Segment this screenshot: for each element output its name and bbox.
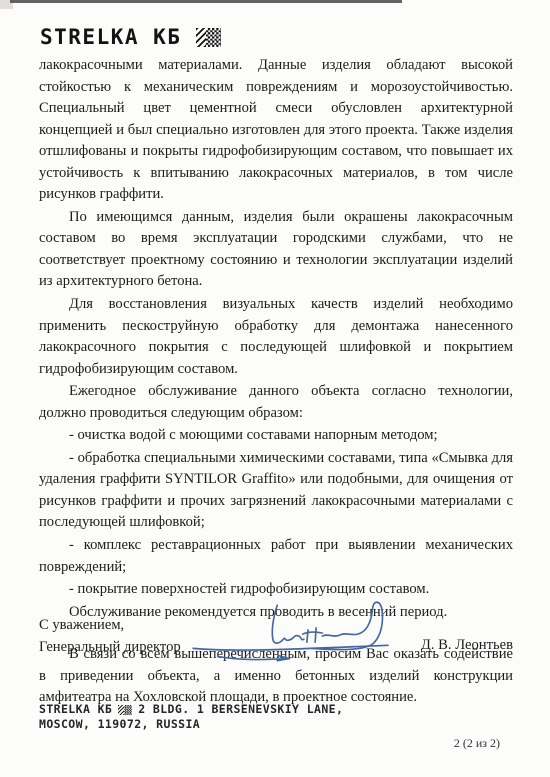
paragraph: По имеющимся данным, изделия были окраше…: [39, 207, 513, 293]
footer-address-line-1: STRELKA КБ 2 BLDG. 1 BERSENEVSKIY LANE,: [39, 702, 343, 717]
letterhead: STRELKA КБ: [40, 25, 221, 49]
logo-checker: [124, 705, 133, 715]
signature: [187, 596, 433, 670]
footer-brand: STRELKA КБ: [39, 702, 112, 717]
signature-scrawl: [187, 596, 433, 670]
signer-name: Д. В. Леонтьев: [421, 634, 513, 656]
footer-address-line-2: MOSCOW, 119072, RUSSIA: [39, 717, 343, 732]
list-item: - обработка специальными химическими сос…: [39, 448, 513, 534]
paragraph: Ежегодное обслуживание данного объекта с…: [39, 381, 513, 424]
page-number: 2 (2 из 2): [454, 736, 500, 751]
footer-street: 2 BLDG. 1 BERSENEVSKIY LANE,: [138, 702, 343, 717]
paragraph: Для восстановления визуальных качеств из…: [39, 294, 513, 380]
scan-artifact-top-bar: [10, 0, 402, 3]
strelka-logo-small-icon: [118, 705, 132, 715]
logo-stripes: [196, 28, 206, 47]
brand-name: STRELKA КБ: [40, 25, 181, 49]
paragraph-continuation: лакокрасочными материалами. Данные издел…: [39, 55, 513, 206]
closing-block: С уважением, Генеральный директор Д. В. …: [39, 614, 513, 694]
list-item: - комплекс реставрационных работ при выя…: [39, 535, 513, 578]
footer-address: STRELKA КБ 2 BLDG. 1 BERSENEVSKIY LANE, …: [39, 702, 343, 732]
logo-checker: [206, 28, 222, 47]
strelka-logo-icon: [196, 28, 221, 47]
scanned-letter-page: STRELKA КБ лакокрасочными материалами. Д…: [0, 0, 550, 777]
list-item: - очистка водой с моющими составами напо…: [39, 425, 513, 447]
